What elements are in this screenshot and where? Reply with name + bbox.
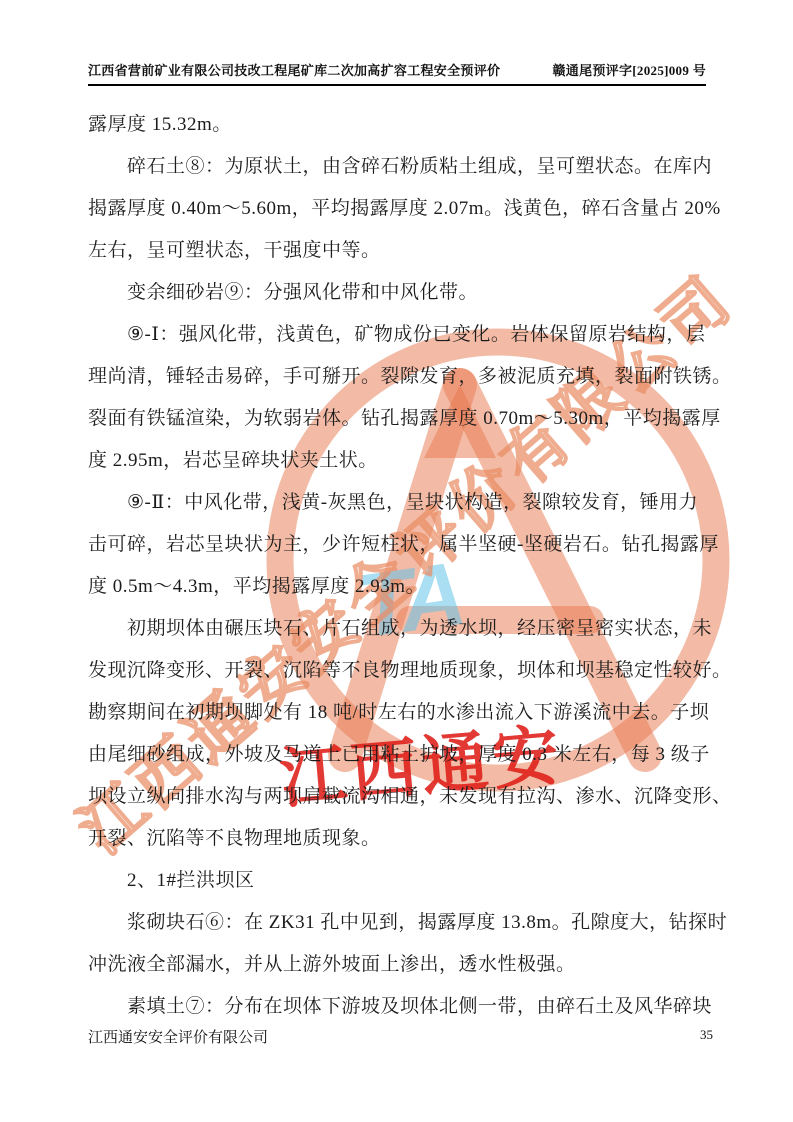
body-text-line: 发现沉降变形、开裂、沉陷等不良物理地质现象，坝体和坝基稳定性较好。 bbox=[88, 650, 708, 692]
body-text-line: 开裂、沉陷等不良物理地质现象。 bbox=[88, 818, 708, 860]
page-header: 江西省营前矿业有限公司技改工程尾矿库二次加高扩容工程安全预评价 赣通尾预评字[2… bbox=[88, 60, 706, 79]
footer-company: 江西通安安全评价有限公司 bbox=[88, 1026, 268, 1047]
body-text-line: 度 2.95m，岩芯呈碎块状夹土状。 bbox=[88, 440, 708, 482]
header-doc-number: 赣通尾预评字[2025]009 号 bbox=[552, 60, 706, 79]
body-text-line: 碎石土⑧：为原状土，由含碎石粉质粘土组成，呈可塑状态。在库内 bbox=[88, 146, 708, 188]
page-number: 35 bbox=[700, 1027, 713, 1043]
header-rule bbox=[88, 84, 706, 86]
body-text-line: 击可碎，岩芯呈块状为主，少许短柱状，属半坚硬-坚硬岩石。钻孔揭露厚 bbox=[88, 524, 708, 566]
body-text-line: 2、1#拦洪坝区 bbox=[88, 860, 708, 902]
body-text-line: ⑨-Ⅱ：中风化带，浅黄-灰黑色，呈块状构造，裂隙较发育，锤用力 bbox=[88, 482, 708, 524]
body-text-line: 裂面有铁锰渲染，为软弱岩体。钻孔揭露厚度 0.70m～5.30m，平均揭露厚 bbox=[88, 398, 708, 440]
body-text-line: 坝设立纵向排水沟与两坝肩截流沟相通，未发现有拉沟、渗水、沉降变形、 bbox=[88, 776, 708, 818]
body-text-line: 变余细砂岩⑨：分强风化带和中风化带。 bbox=[88, 272, 708, 314]
body-text-line: 露厚度 15.32m。 bbox=[88, 104, 708, 146]
body-text-line: 度 0.5m～4.3m，平均揭露厚度 2.93m。 bbox=[88, 566, 708, 608]
header-title: 江西省营前矿业有限公司技改工程尾矿库二次加高扩容工程安全预评价 bbox=[88, 60, 500, 79]
body-text-line: 理尚清，锤轻击易碎，手可掰开。裂隙发育，多被泥质充填，裂面附铁锈。 bbox=[88, 356, 708, 398]
body-text: 露厚度 15.32m。碎石土⑧：为原状土，由含碎石粉质粘土组成，呈可塑状态。在库… bbox=[88, 104, 708, 1028]
body-text-line: 勘察期间在初期坝脚处有 18 吨/时左右的水渗出流入下游溪流中去。子坝 bbox=[88, 692, 708, 734]
body-text-line: 左右，呈可塑状态，干强度中等。 bbox=[88, 230, 708, 272]
body-text-line: 浆砌块石⑥：在 ZK31 孔中见到，揭露厚度 13.8m。孔隙度大，钻探时 bbox=[88, 902, 708, 944]
body-text-line: ⑨-Ⅰ：强风化带，浅黄色，矿物成份已变化。岩体保留原岩结构，层 bbox=[88, 314, 708, 356]
body-text-line: 素填土⑦：分布在坝体下游坡及坝体北侧一带，由碎石土及风华碎块 bbox=[88, 986, 708, 1028]
body-text-line: 初期坝体由碾压块石、片石组成，为透水坝，经压密呈密实状态，未 bbox=[88, 608, 708, 650]
body-text-line: 揭露厚度 0.40m～5.60m，平均揭露厚度 2.07m。浅黄色，碎石含量占 … bbox=[88, 188, 708, 230]
body-text-line: 由尾细砂组成，外坡及马道上已用粘土护坡，厚度 0.3 米左右，每 3 级子 bbox=[88, 734, 708, 776]
body-text-line: 冲洗液全部漏水，并从上游外坡面上渗出，透水性极强。 bbox=[88, 944, 708, 986]
document-page: TA 江西通安安全评价有限公司 江西通安 江西省营前矿业有限公司技改工程尾矿库二… bbox=[0, 0, 793, 1122]
